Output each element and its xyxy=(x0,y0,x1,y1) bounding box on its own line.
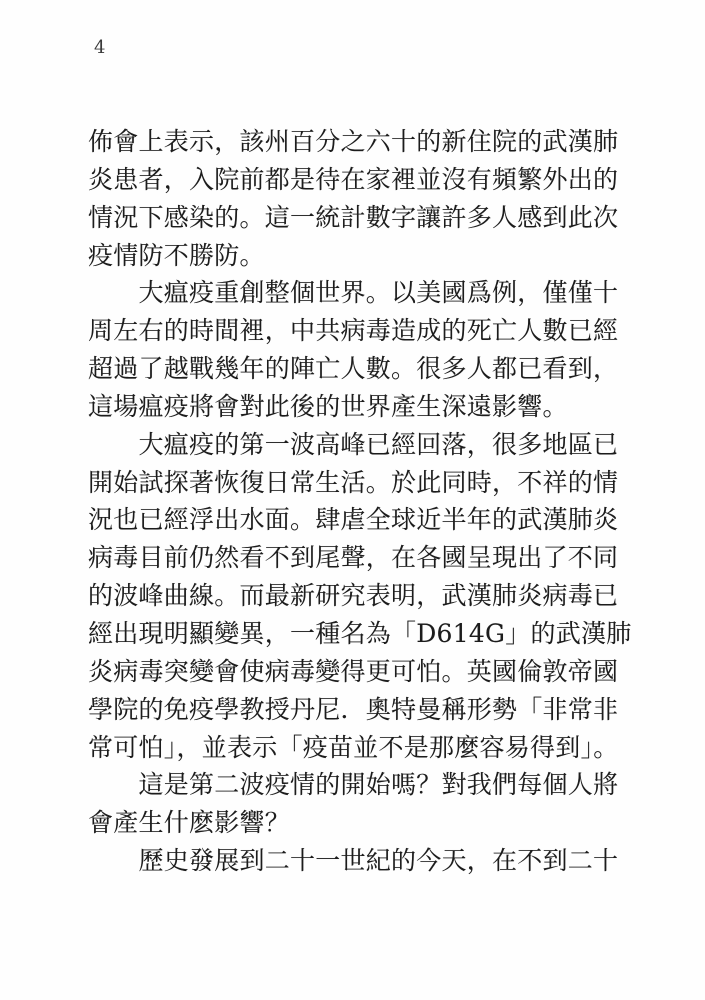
text-line: 病毒目前仍然看不到尾聲，在各國呈現出了不同 xyxy=(88,539,636,577)
text-line: 學院的免疫學教授丹尼．奧特曼稱形勢「非常非 xyxy=(88,691,636,729)
text-line: 的波峰曲線。而最新研究表明，武漢肺炎病毒已 xyxy=(88,577,636,615)
text-line: 歷史發展到二十一世紀的今天，在不到二十 xyxy=(88,842,636,880)
text-line: 超過了越戰幾年的陣亡人數。很多人都已看到， xyxy=(88,350,636,388)
text-line: 大瘟疫重創整個世界。以美國爲例，僅僅十 xyxy=(88,274,636,312)
text-line: 開始試探著恢復日常生活。於此同時，不祥的情 xyxy=(88,464,636,502)
text-line: 這是第二波疫情的開始嗎？對我們每個人將 xyxy=(88,766,636,804)
text-line: 會產生什麽影響？ xyxy=(88,804,636,842)
book-page: 4 佈會上表示，該州百分之六十的新住院的武漢肺 炎患者，入院前都是待在家裡並沒有… xyxy=(0,0,705,1000)
text-line: 大瘟疫的第一波高峰已經回落，很多地區已 xyxy=(88,426,636,464)
text-line: 疫情防不勝防。 xyxy=(88,237,636,275)
text-line: 經出現明顯變異，一種名為「D614G」的武漢肺 xyxy=(88,615,636,653)
text-line: 炎病毒突變會使病毒變得更可怕。英國倫敦帝國 xyxy=(88,653,636,691)
page-number: 4 xyxy=(94,38,105,58)
text-line: 況也已經浮出水面。肆虐全球近半年的武漢肺炎 xyxy=(88,501,636,539)
text-line: 這場瘟疫將會對此後的世界產生深遠影響。 xyxy=(88,388,636,426)
text-line: 情況下感染的。這一統計數字讓許多人感到此次 xyxy=(88,199,636,237)
text-line: 炎患者，入院前都是待在家裡並沒有頻繁外出的 xyxy=(88,161,636,199)
text-line: 常可怕」，並表示「疫苗並不是那麼容易得到」。 xyxy=(88,729,636,767)
text-line: 佈會上表示，該州百分之六十的新住院的武漢肺 xyxy=(88,123,636,161)
text-line: 周左右的時間裡，中共病毒造成的死亡人數已經 xyxy=(88,312,636,350)
body-text-block: 佈會上表示，該州百分之六十的新住院的武漢肺 炎患者，入院前都是待在家裡並沒有頻繁… xyxy=(88,123,636,880)
